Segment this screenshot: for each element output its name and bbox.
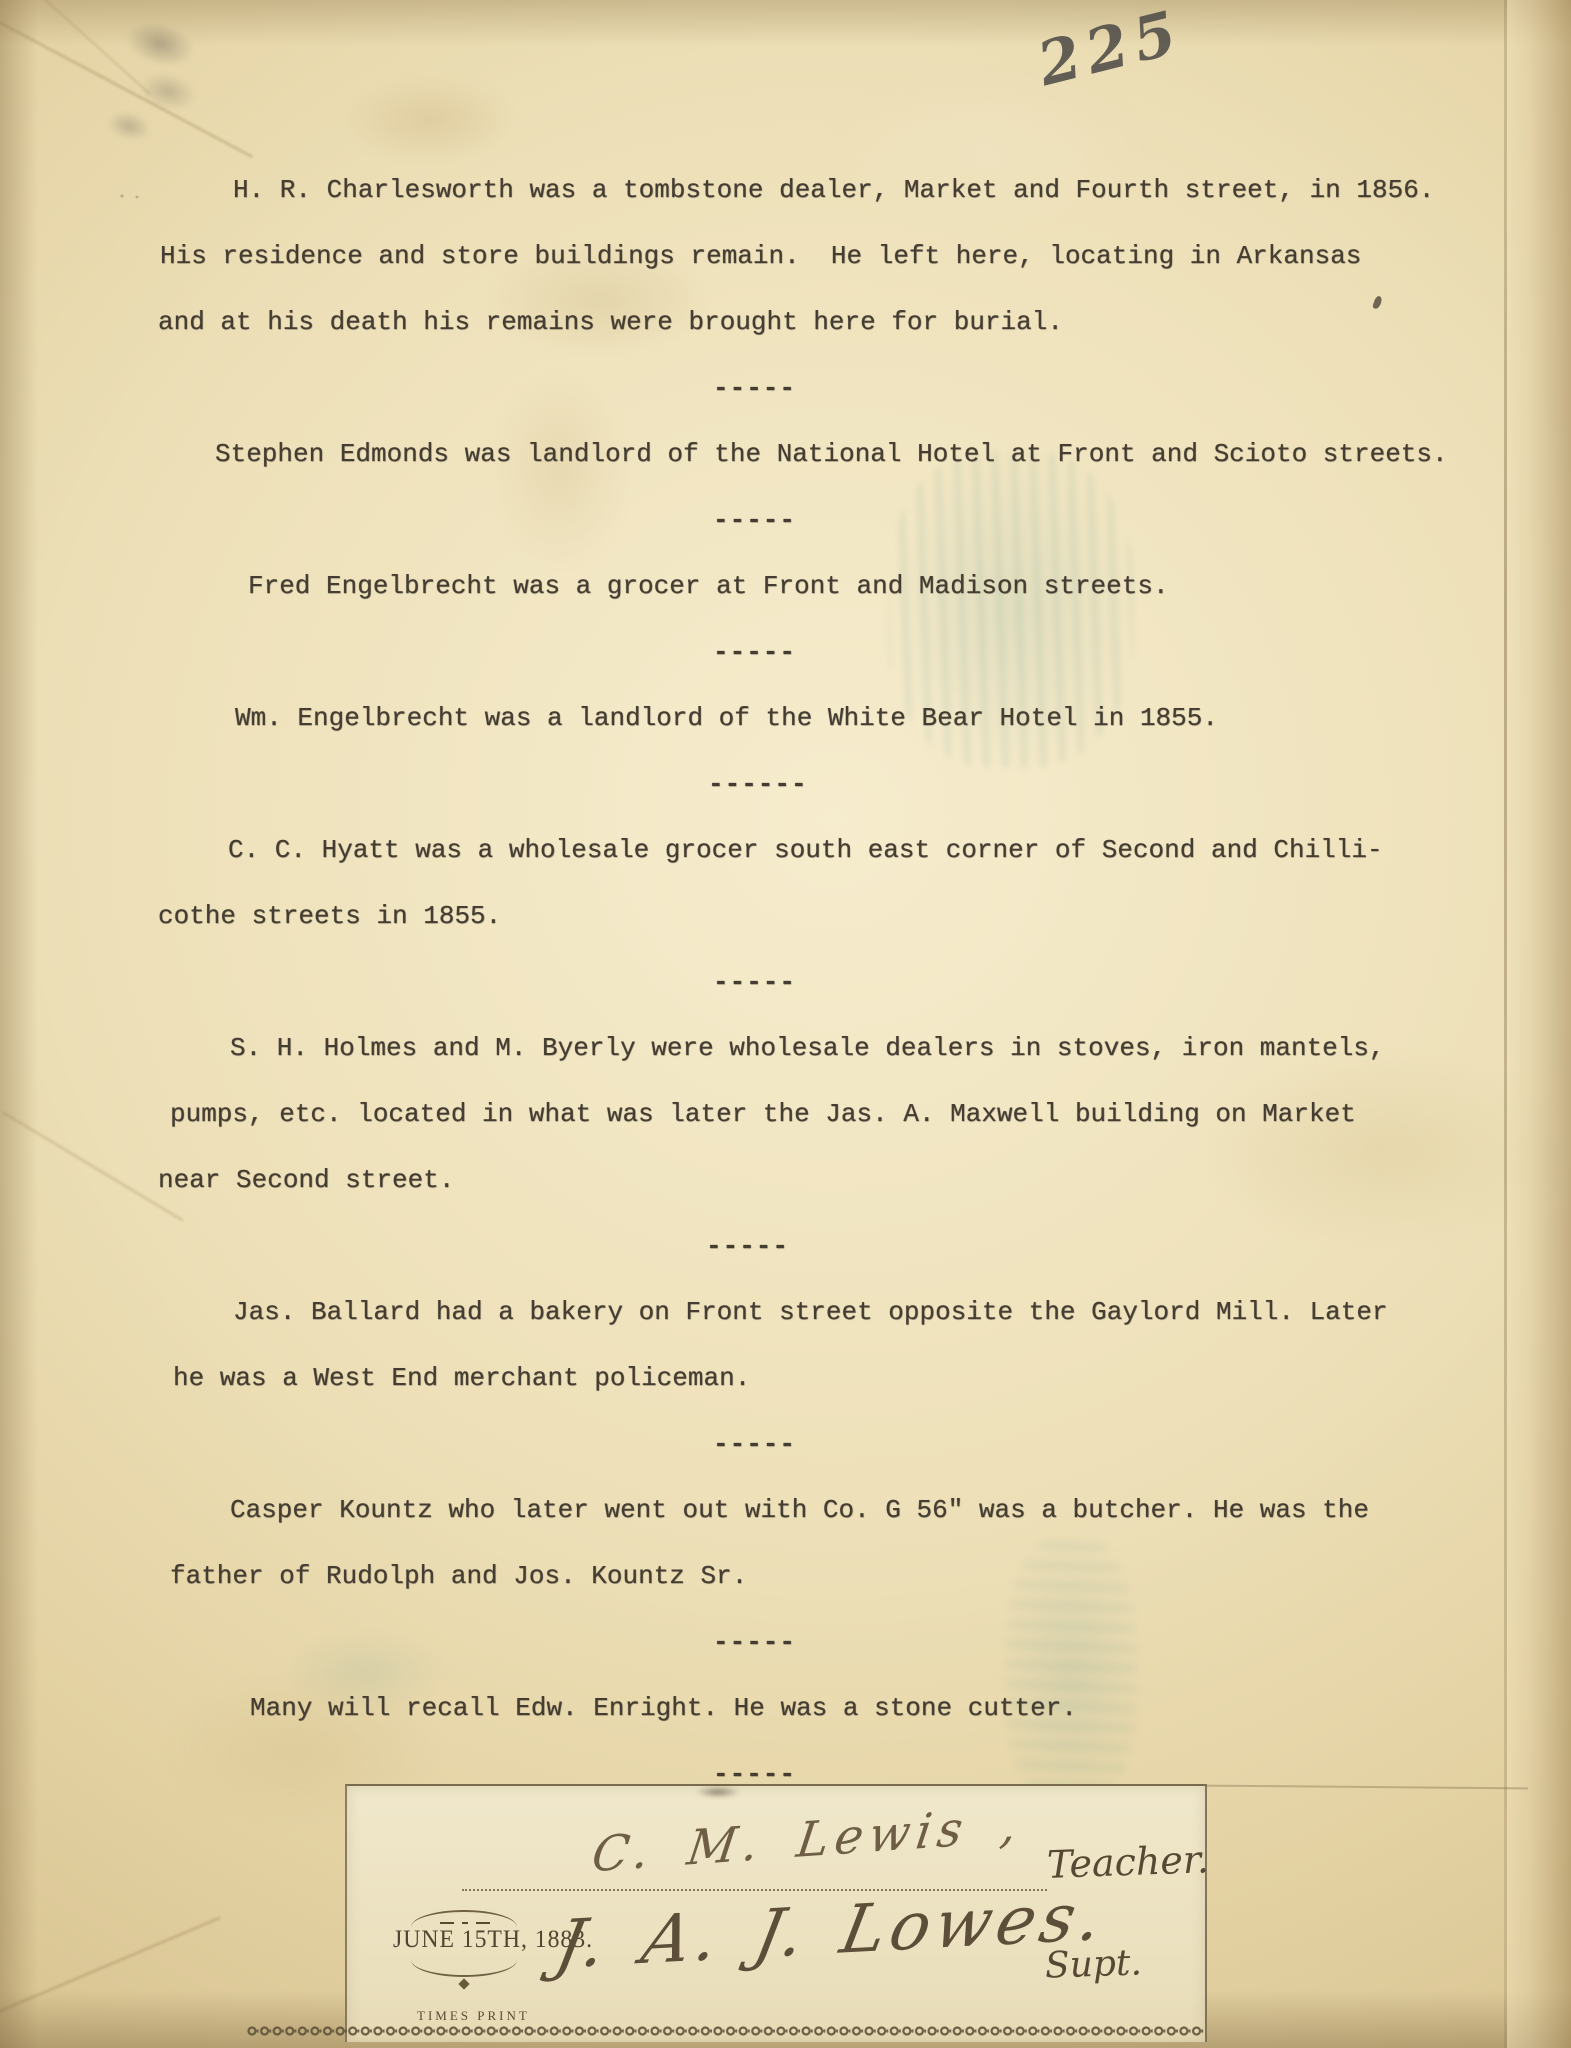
typed-separator: ----- [158, 1213, 1498, 1279]
typed-separator: ----- [158, 619, 1498, 685]
typed-line: S. H. Holmes and M. Byerly were wholesal… [158, 1015, 1498, 1081]
typed-line: Many will recall Edw. Enright. He was a … [158, 1675, 1498, 1741]
typed-line: pumps, etc. located in what was later th… [158, 1081, 1498, 1147]
typed-separator: ------ [158, 751, 1498, 817]
typed-line: near Second street. [158, 1147, 1498, 1213]
typed-line: H. R. Charlesworth was a tombstone deale… [158, 157, 1498, 223]
typed-line: father of Rudolph and Jos. Kountz Sr. [158, 1543, 1498, 1609]
date-ornament-arc-top [411, 1910, 517, 1927]
typed-line: Casper Kountz who later went out with Co… [158, 1477, 1498, 1543]
printer-credit: TIMES PRINT [417, 2008, 530, 2024]
typed-line: Jas. Ballard had a bakery on Front stree… [158, 1279, 1498, 1345]
chain-ornament-border [246, 2024, 1204, 2039]
document-page: 225 H. R. Charlesworth was a tombstone d… [0, 0, 1571, 2048]
date-ornament-arc-bottom [411, 1960, 517, 1977]
typed-line: and at his death his remains were brough… [158, 289, 1498, 355]
typed-text-block: H. R. Charlesworth was a tombstone deale… [158, 157, 1498, 1807]
typed-separator: ----- [158, 949, 1498, 1015]
footer-certificate-slip: C. M. Lewis , Teacher. JUNE 15TH, 1883. … [345, 1784, 1207, 2042]
typed-line: Fred Engelbrecht was a grocer at Front a… [158, 553, 1498, 619]
typed-separator: ----- [158, 355, 1498, 421]
typed-separator: ----- [158, 1411, 1498, 1477]
date-ornament-dashdot [440, 1922, 490, 1924]
pencil-mark [117, 190, 147, 202]
superintendent-signature: J. A. J. Lowes. [550, 1877, 1114, 1984]
typed-line: C. C. Hyatt was a wholesale grocer south… [158, 817, 1498, 883]
date-ornament-diamond [458, 1978, 469, 1989]
typed-line: Wm. Engelbrecht was a landlord of the Wh… [158, 685, 1498, 751]
superintendent-label: Supt. [1044, 1942, 1142, 1986]
typed-line: he was a West End merchant policeman. [158, 1345, 1498, 1411]
typed-line: Stephen Edmonds was landlord of the Nati… [158, 421, 1498, 487]
typed-separator: ----- [158, 1609, 1498, 1675]
typed-separator: ----- [158, 487, 1498, 553]
ink-smudge [695, 1786, 741, 1798]
typed-line: His residence and store buildings remain… [158, 223, 1498, 289]
typed-line: cothe streets in 1855. [158, 883, 1498, 949]
